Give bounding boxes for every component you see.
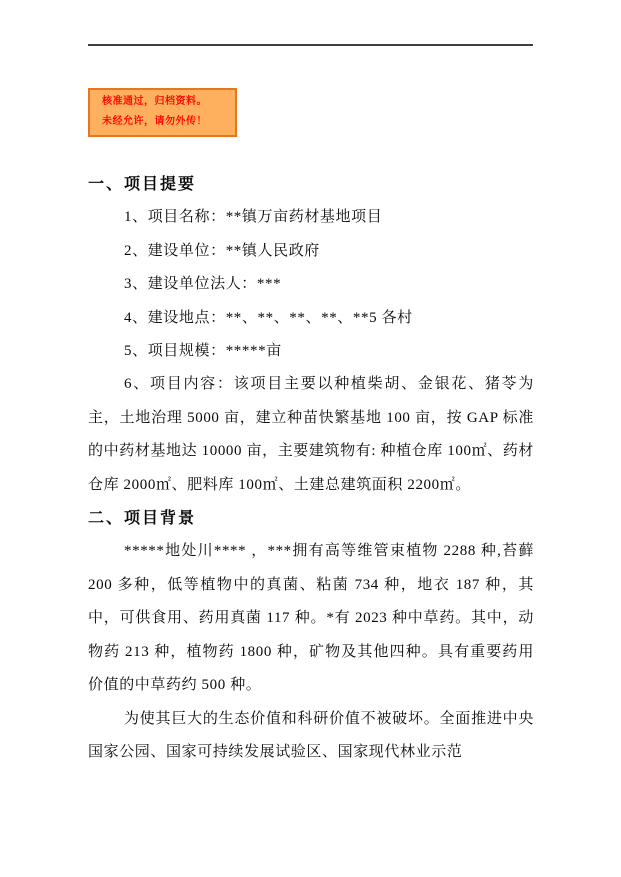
item-project-scale: 5、项目规模：*****亩 <box>88 335 534 368</box>
background-paragraph-2: 为使其巨大的生态价值和科研价值不被破坏。全面推进中央国家公园、国家可持续发展试验… <box>88 703 534 770</box>
document-page: 核准通过，归档资料。 未经允许，请勿外传！ 一、项目提要 1、项目名称：**镇万… <box>0 0 621 877</box>
section-heading-1: 一、项目提要 <box>88 168 534 201</box>
item-project-name: 1、项目名称：**镇万亩药材基地项目 <box>88 201 534 234</box>
document-body: 一、项目提要 1、项目名称：**镇万亩药材基地项目 2、建设单位：**镇人民政府… <box>88 168 534 769</box>
item-build-location: 4、建设地点：**、**、**、**、**5 各村 <box>88 302 534 335</box>
section-heading-2: 二、项目背景 <box>88 502 534 535</box>
item-legal-person: 3、建设单位法人：*** <box>88 268 534 301</box>
background-paragraph-1: *****地处川**** ，***拥有高等维管束植物 2288 种,苔藓 200… <box>88 535 534 702</box>
item-build-unit: 2、建设单位：**镇人民政府 <box>88 235 534 268</box>
item-project-content: 6、项目内容：该项目主要以种植柴胡、金银花、猪苓为主，土地治理 5000 亩，建… <box>88 368 534 502</box>
watermark-stamp: 核准通过，归档资料。 未经允许，请勿外传！ <box>88 88 237 137</box>
header-rule <box>88 44 533 46</box>
stamp-line-1: 核准通过，归档资料。 <box>102 92 235 112</box>
stamp-line-2: 未经允许，请勿外传！ <box>102 112 235 132</box>
